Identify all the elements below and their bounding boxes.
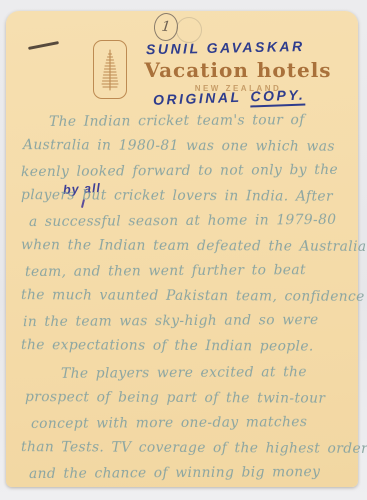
letterhead-brand-title: Vacation hotels [124, 58, 352, 82]
handwritten-author-name: SUNIL GAVASKAR [146, 37, 366, 58]
manuscript-line: a successful season at home in 1979-80 [21, 208, 355, 235]
manuscript-line: and the chance of winning big money [21, 460, 355, 487]
page-number: 1 [161, 19, 172, 36]
manuscript-line: in the team was sky-high and so were [21, 308, 355, 335]
manuscript-page: 1 [6, 11, 358, 487]
manuscript-line: the expectations of the Indian people. [21, 333, 355, 360]
copy-label-underlined-word: COPY. [250, 87, 305, 108]
manuscript-line: players but cricket lovers in India. Aft… [21, 183, 355, 210]
manuscript-body: The Indian cricket team's tour of Austra… [21, 109, 355, 486]
faint-circle-mark [176, 17, 202, 43]
fern-tree-icon [98, 47, 122, 93]
manuscript-line: team, and then went further to beat [21, 258, 355, 285]
manuscript-line: The players were excited at the [21, 360, 355, 387]
manuscript-line: when the Indian team defeated the Austra… [21, 233, 355, 260]
copy-label-word: ORIGINAL [153, 89, 242, 108]
manuscript-line: Australia in 1980-81 was one which was [21, 133, 355, 160]
pencil-dash-mark [28, 41, 59, 50]
scan-background: 1 [0, 0, 367, 500]
manuscript-line: The Indian cricket team's tour of [21, 108, 355, 135]
manuscript-line: prospect of being part of the twin-tour [21, 385, 355, 412]
letterhead-logo [93, 40, 127, 99]
manuscript-line: keenly looked forward to not only by the [21, 158, 355, 185]
manuscript-line: concept with more one-day matches [21, 410, 355, 437]
manuscript-line: the much vaunted Pakistan team, confiden… [21, 283, 355, 310]
manuscript-line: than Tests. TV coverage of the highest o… [21, 435, 355, 462]
